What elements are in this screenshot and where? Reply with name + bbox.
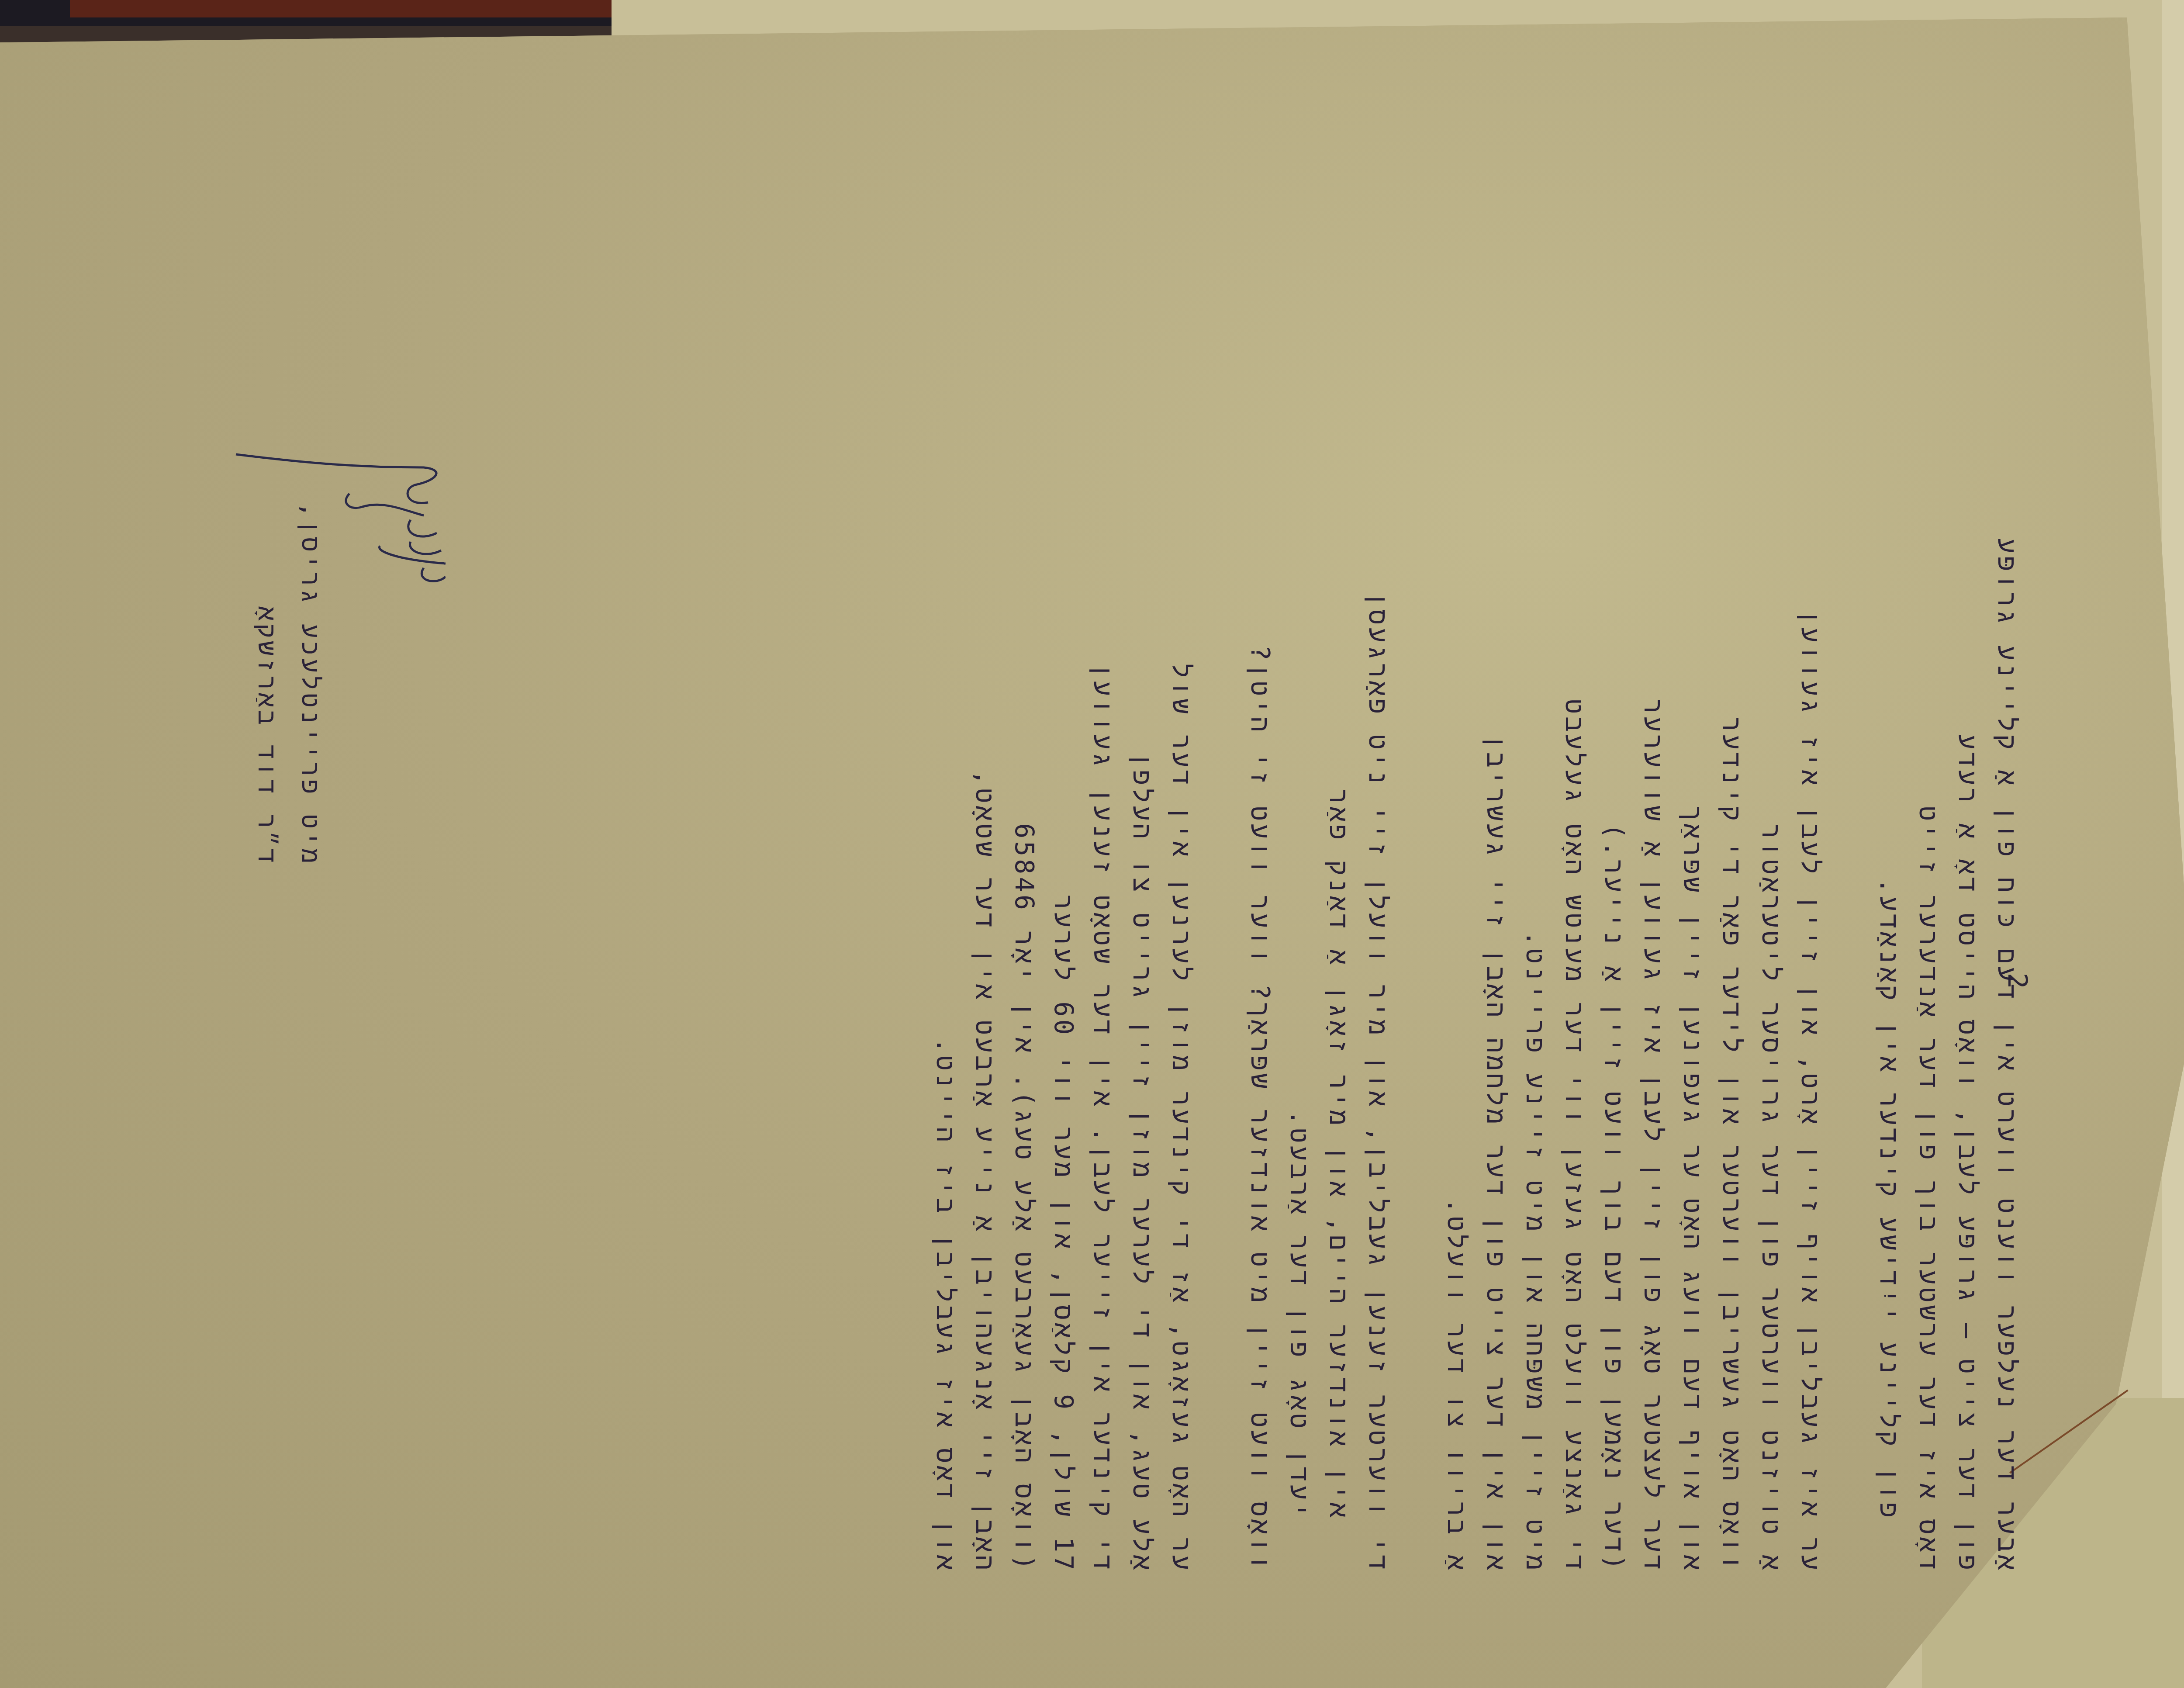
text-line: (דער נאָמען פון דעם בוך וועט זיין אַ ניי… [1594, 131, 1634, 1573]
text-line: די ווערטער זענען געבליבן, און מיר וועלן … [1358, 131, 1398, 1573]
text-line: ער האָט געזאָגט, אַז די קינדער מוזן לערנ… [1162, 131, 1201, 1573]
text-line: פון קליינע ייִדישע קינדער אין קאַנאַדע. [1870, 131, 1909, 1573]
text-line: 17 שולן, 9 קלאַסן, און מער ווי 60 לערער [1044, 131, 1083, 1573]
text-line: פון דער צייט — גרופּע לעבן, וואָס הייסט … [1948, 131, 1987, 1573]
text-line: האָבן זיי אָנגעהויבן אַ נייע אַרבעט אין … [965, 131, 1005, 1573]
text-line: און אויף דעם וועג האָט ער געפונען זיין ש… [1673, 131, 1712, 1573]
paragraph-1: אַבער דער נעלפער ווענט ווערט אין דעם כּו… [1870, 131, 2027, 1573]
text-line: אַ טויזנט ווערטער פון דער גרויסער ליטערא… [1752, 131, 1791, 1573]
text-line: וואָס האָט געשריבן ווערטער און לידער פאַ… [1712, 131, 1752, 1573]
text-line: און אין דער צייט פון דער מלחמה האָבן זיי… [1476, 131, 1516, 1573]
paragraph-4: ער האָט געזאָגט, אַז די קינדער מוזן לערנ… [926, 131, 1201, 1573]
text-line: און דאָס איז געבליבן ביז היינט. [926, 131, 965, 1573]
text-line: אַ בריוו צו דער וועלט. [1437, 131, 1476, 1573]
text-line: אַבער דער נעלפער ווענט ווערט אין דעם כּו… [1987, 131, 2027, 1573]
text-line: די קינדער אין זייער לעבן. אין דער שטאָט … [1083, 131, 1123, 1573]
background-red-object [70, 0, 616, 17]
text-line: (וואָס האָבן געאַרבעט אַלע טעג). אין יאָ… [1005, 131, 1044, 1573]
text-line: וואָס וועט זיין מיט אונדזער שפּראַך? ווע… [1241, 131, 1280, 1573]
text-line: אַלע טעג, און די לערער מוזן זיין גרייט צ… [1123, 131, 1162, 1573]
text-line: די גאַנצע וועלט האָט געזען ווי דער מענטש… [1555, 131, 1594, 1573]
text-line: דאָס איז דער ערשטער בוך פון דער אַנדערער… [1909, 131, 1948, 1573]
text-line: יעדן טאָג פון דער אַרבעט. [1280, 131, 1319, 1573]
letter-body: אַבער דער נעלפער ווענט ווערט אין דעם כּו… [887, 131, 2027, 1573]
signature-icon [218, 437, 446, 743]
text-line: מיט זיין משפּחה און מיט זיינע פריינט. [1516, 131, 1555, 1573]
text-line: דער לעצטער טאָג פון זיין לעבן איז געווען… [1634, 131, 1673, 1573]
text-line: אין אונדזער היים, און מיר זאָגן אַ דאַנק… [1319, 131, 1358, 1573]
paragraph-2: ער איז געבליבן אויף זיין אָרט, און זיין … [1437, 131, 1830, 1573]
paragraph-3: די ווערטער זענען געבליבן, און מיר וועלן … [1241, 131, 1398, 1573]
text-line: ער איז געבליבן אויף זיין אָרט, און זיין … [1791, 131, 1830, 1573]
handwritten-signature [218, 437, 446, 743]
